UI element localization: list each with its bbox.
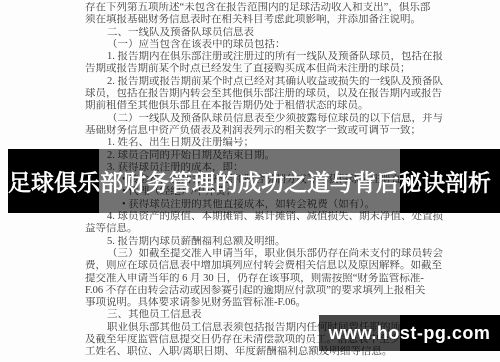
- doc-line: 事项说明。具体要求请参见财务监管标准-F.06。: [85, 297, 467, 309]
- doc-line: 基础财务信息中资产负债表及利润表列示的相关数字一致或可调节一致；: [85, 125, 467, 137]
- doc-line: 1. 报告期内在俱乐部注册或注册过的所有一线队及预备队球员，包括在报: [85, 51, 467, 63]
- doc-line: （二）一线队及预备队球员信息表至少须披露每位球员的以下信息，并与: [85, 113, 467, 125]
- watermark-url: www.host-pg.com: [319, 315, 500, 351]
- doc-line: 二、一线队及预备队球员信息表: [85, 27, 467, 39]
- doc-line: 告期或报告期前某个时点已经发生了直接购买成本但尚未注册的球员；: [85, 63, 467, 75]
- doc-line: 球员，包括在报告期内转会至其他俱乐部注册的球员，以及在报告期内或报告: [85, 88, 467, 100]
- doc-line: （三）如截至提交准入申请当年，职业俱乐部仍存在尚未支付的球员转会: [85, 248, 467, 260]
- doc-line: 期前租借至其他俱乐部且在本报告期仍处于租借状态的球员。: [85, 100, 467, 112]
- doc-line: 存在下列第五项所述“未包含在报告范围内的足球活动收入和支出”，俱乐部: [85, 2, 467, 14]
- doc-line: 提交准入申请当年的 6 月 30 日，仍存在该事项，则需按照“财务监管标准-: [85, 273, 467, 285]
- doc-line: 益等信息。: [85, 223, 467, 235]
- doc-line: 须在填报基础财务信息表时在相关科目考虑此项影响，并添加备注说明。: [85, 14, 467, 26]
- page-title: 足球俱乐部财务管理的成功之道与背后秘诀剖析: [8, 165, 500, 198]
- doc-line: （一）应当包含在该表中的球员包括：: [85, 39, 467, 51]
- title-banner: 足球俱乐部财务管理的成功之道与背后秘诀剖析: [0, 149, 500, 213]
- doc-line: F.06 不存在由转会活动或因参赛引起的逾期应付款项”的要求填列上报相关: [85, 285, 467, 297]
- doc-line: 2. 报告期或报告期前某个时点已经对其确认收益或损失的一线队及预备队: [85, 76, 467, 88]
- doc-line: 1. 姓名、出生日期及注册编号；: [85, 137, 467, 149]
- doc-line: 5. 报告期内球员薪酬福利总额及明细。: [85, 236, 467, 248]
- doc-line: 费，则应在球员信息表中增加填列应付转会费相关信息以及原因解释。如截至: [85, 260, 467, 272]
- document-page: 存在下列第五项所述“未包含在报告范围内的足球活动收入和支出”，俱乐部须在填报基础…: [0, 0, 500, 362]
- watermark: www.host-pg.com: [319, 315, 500, 351]
